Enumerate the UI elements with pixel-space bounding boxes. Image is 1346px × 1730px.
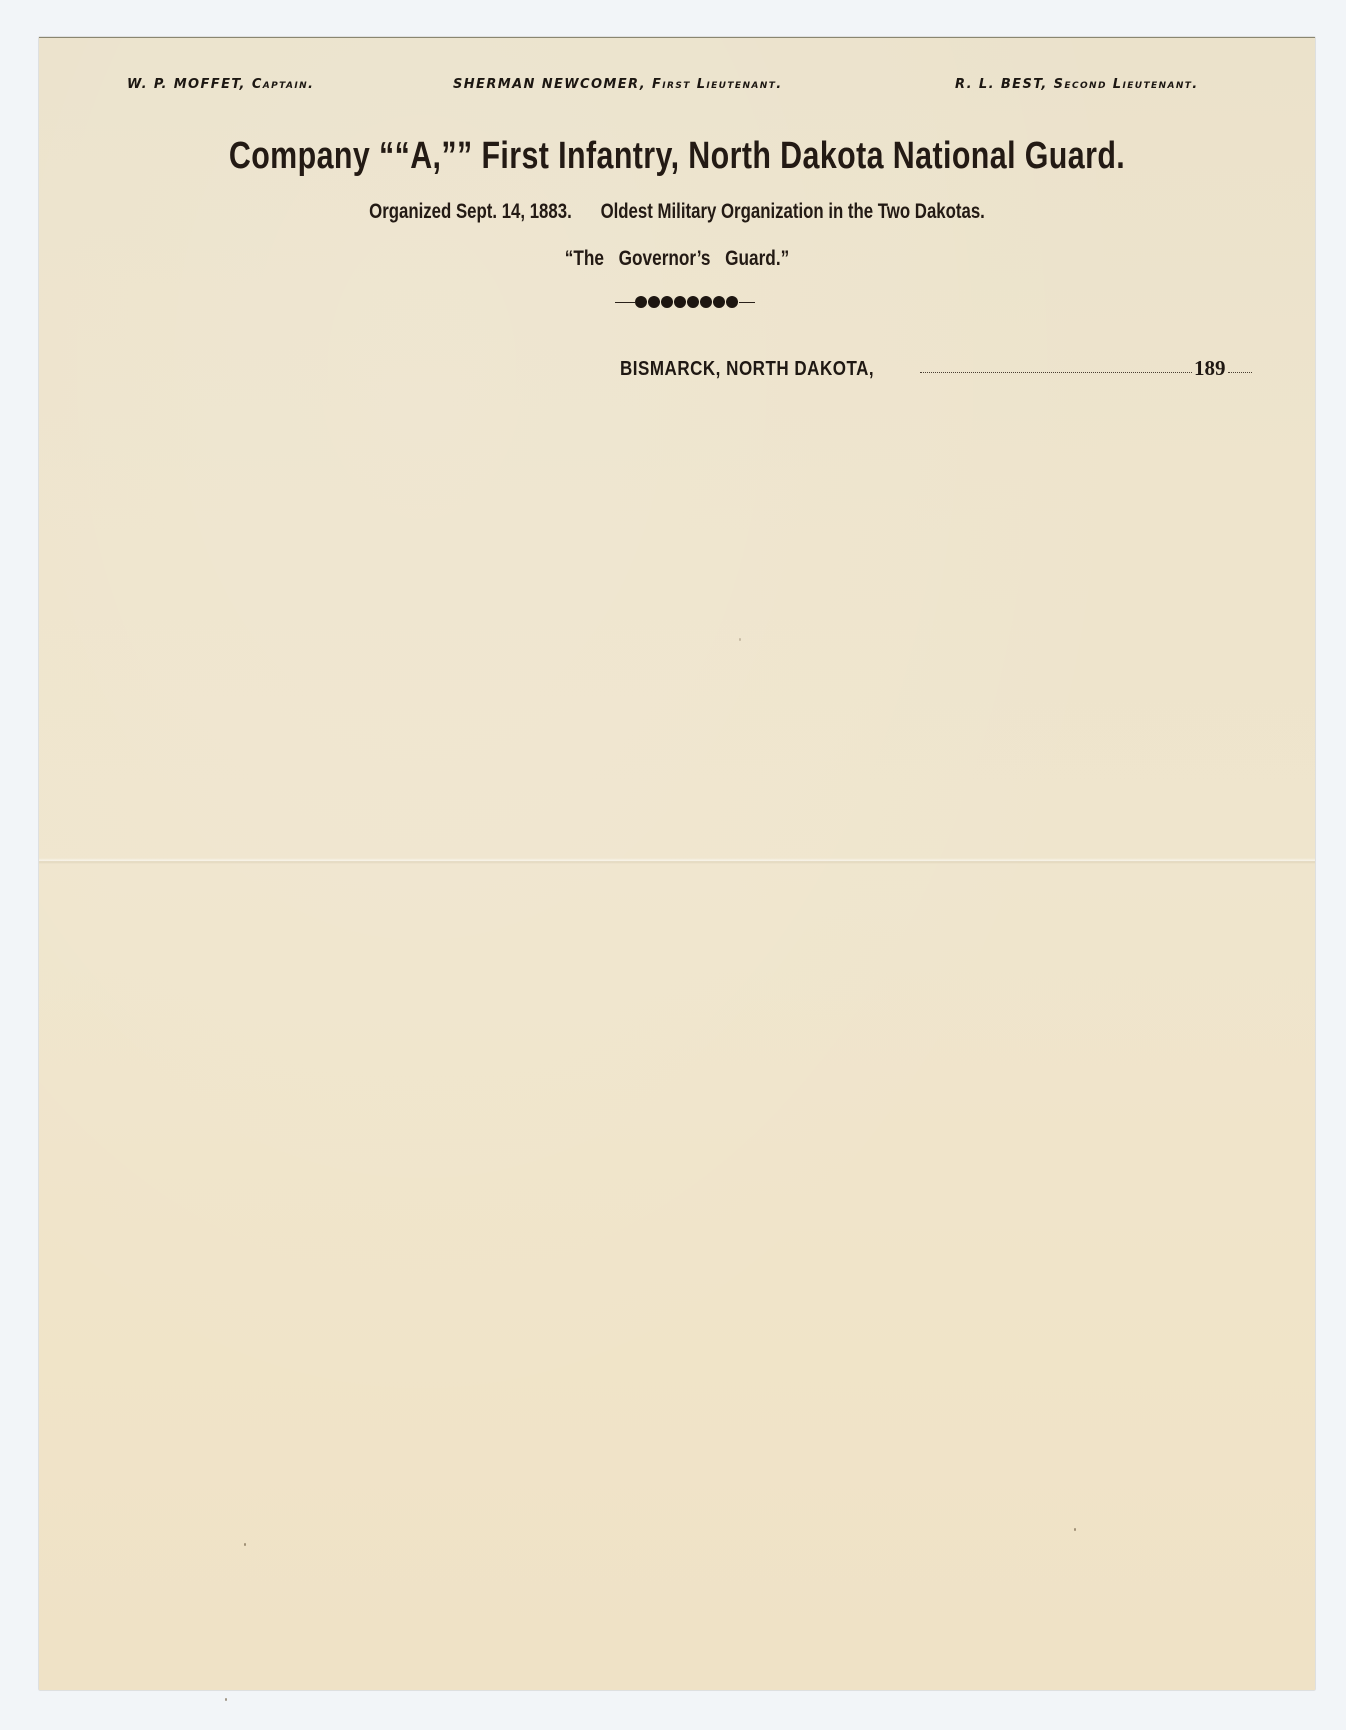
distinction-text: Oldest Military Organization in the Two …: [601, 200, 985, 223]
officer-rank: Second Lieutenant.: [1054, 77, 1199, 92]
ornament-divider-icon: [615, 295, 755, 309]
paper-speck: [244, 1543, 246, 1546]
motto: “The Governor’s Guard.”: [154, 247, 1200, 271]
dateline: BISMARCK, NORTH DAKOTA, 189: [620, 356, 1252, 381]
officer-captain: W. P. MOFFET, Captain.: [127, 78, 314, 92]
paper-speck: [739, 638, 741, 641]
paper-speck: [1074, 1528, 1076, 1531]
letterhead-title: Company ““A,”” First Infantry, North Dak…: [167, 134, 1188, 178]
date-fill-line[interactable]: [920, 371, 1192, 373]
officer-second-lieutenant: R. L. BEST, Second Lieutenant.: [955, 78, 1199, 92]
officer-rank: First Lieutenant.: [652, 77, 783, 92]
year-fill-line[interactable]: [1228, 371, 1252, 373]
officer-name: SHERMAN NEWCOMER,: [453, 77, 646, 92]
officer-name: R. L. BEST,: [955, 77, 1048, 92]
officer-rank: Captain.: [252, 77, 315, 92]
letterhead-sheet: W. P. MOFFET, Captain. SHERMAN NEWCOMER,…: [39, 37, 1315, 1690]
paper-speck: [225, 1698, 227, 1701]
dateline-place: BISMARCK, NORTH DAKOTA,: [620, 358, 875, 381]
organized-date: Organized Sept. 14, 1883.: [369, 200, 572, 223]
paper-fold-crease: [39, 858, 1315, 864]
officer-first-lieutenant: SHERMAN NEWCOMER, First Lieutenant.: [453, 78, 783, 92]
letterhead-subtitle: Organized Sept. 14, 1883.Oldest Military…: [167, 200, 1188, 224]
year-prefix: 189: [1194, 356, 1226, 381]
officer-name: W. P. MOFFET,: [127, 77, 246, 92]
